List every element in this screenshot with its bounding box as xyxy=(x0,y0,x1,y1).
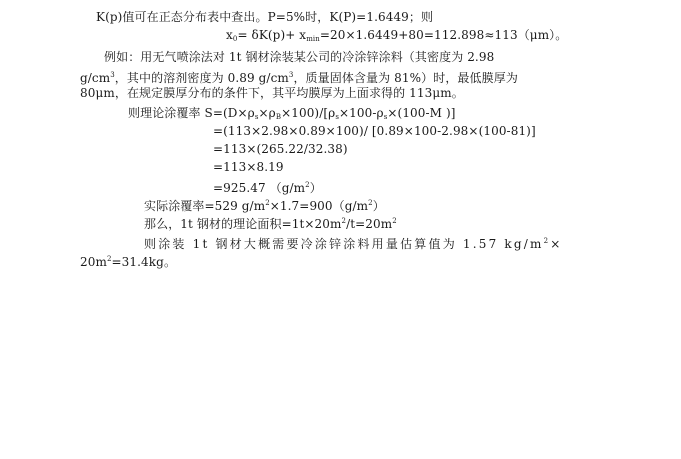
document-page: K(p)值可在正态分布表中查出。P=5%时，K(P)=1.6449；则 x0= … xyxy=(0,0,681,459)
subscript: min xyxy=(306,35,320,43)
text-fragment: /t=20m xyxy=(346,217,392,231)
text-line-theoretical-area: 那么，1t 钢材的理论面积=1t×20m2/t=20m2 xyxy=(144,212,397,233)
text-fragment: ，其中的溶剂密度为 0.89 g/cm xyxy=(115,71,289,85)
text-fragment: 则涂装 1t 钢材大概需要冷涂锌涂料用量估算值为 1.57 kg/m xyxy=(144,237,544,251)
text-fragment: ×1.7=900（g/m xyxy=(270,199,368,213)
text-fragment: ） xyxy=(373,199,385,213)
formula-x0: x0= δK(p)+ xmin=20×1.6449+80=112.898≈113… xyxy=(226,26,567,48)
text-fragment: 那么，1t 钢材的理论面积=1t×20m xyxy=(144,217,342,231)
superscript: 2 xyxy=(392,217,397,225)
text-fragment: =20×1.6449+80=112.898≈113（μm）。 xyxy=(320,28,568,42)
text-fragment: × xyxy=(550,237,562,251)
text-fragment: 实际涂覆率=529 g/m xyxy=(144,199,265,213)
text-line-total-usage: 20m2=31.4kg。 xyxy=(80,250,176,271)
text-line-estimated-usage: 则涂装 1t 钢材大概需要冷涂锌涂料用量估算值为 1.57 kg/m2× xyxy=(144,232,563,253)
text-fragment: 则理论涂覆率 S=(D×ρ xyxy=(128,106,255,120)
text-fragment: ×ρ xyxy=(259,106,276,120)
text-fragment: = δK(p)+ x xyxy=(237,28,306,42)
text-fragment: =925.47 （g/m xyxy=(213,181,305,195)
text-fragment: ） xyxy=(310,181,322,195)
text-fragment: ×100-ρ xyxy=(339,106,384,120)
text-fragment: ×(100-M )] xyxy=(387,106,455,120)
text-fragment: 20m xyxy=(80,255,107,269)
text-fragment: g/cm xyxy=(80,71,110,85)
text-line-example: 例如：用无气喷涂法对 1t 钢材涂装某公司的冷涂锌涂料（其密度为 2.98 xyxy=(104,48,494,66)
text-fragment: ×100)/[ρ xyxy=(281,106,335,120)
text-line-film-thickness: 80μm，在规定膜厚分布的条件下，其平均膜厚为上面求得的 113μm。 xyxy=(80,84,464,102)
text-fragment: =31.4kg。 xyxy=(112,255,177,269)
formula-step-3: =113×8.19 xyxy=(213,158,284,176)
text-fragment: x xyxy=(226,28,233,42)
text-line-kp-lookup: K(p)值可在正态分布表中查出。P=5%时，K(P)=1.6449；则 xyxy=(96,8,433,26)
text-fragment: ，质量固体含量为 81%）时，最低膜厚为 xyxy=(293,71,518,85)
formula-step-1: =(113×2.98×0.89×100)/ [0.89×100-2.98×(10… xyxy=(213,122,536,140)
formula-step-2: =113×(265.22/32.38) xyxy=(213,140,348,158)
